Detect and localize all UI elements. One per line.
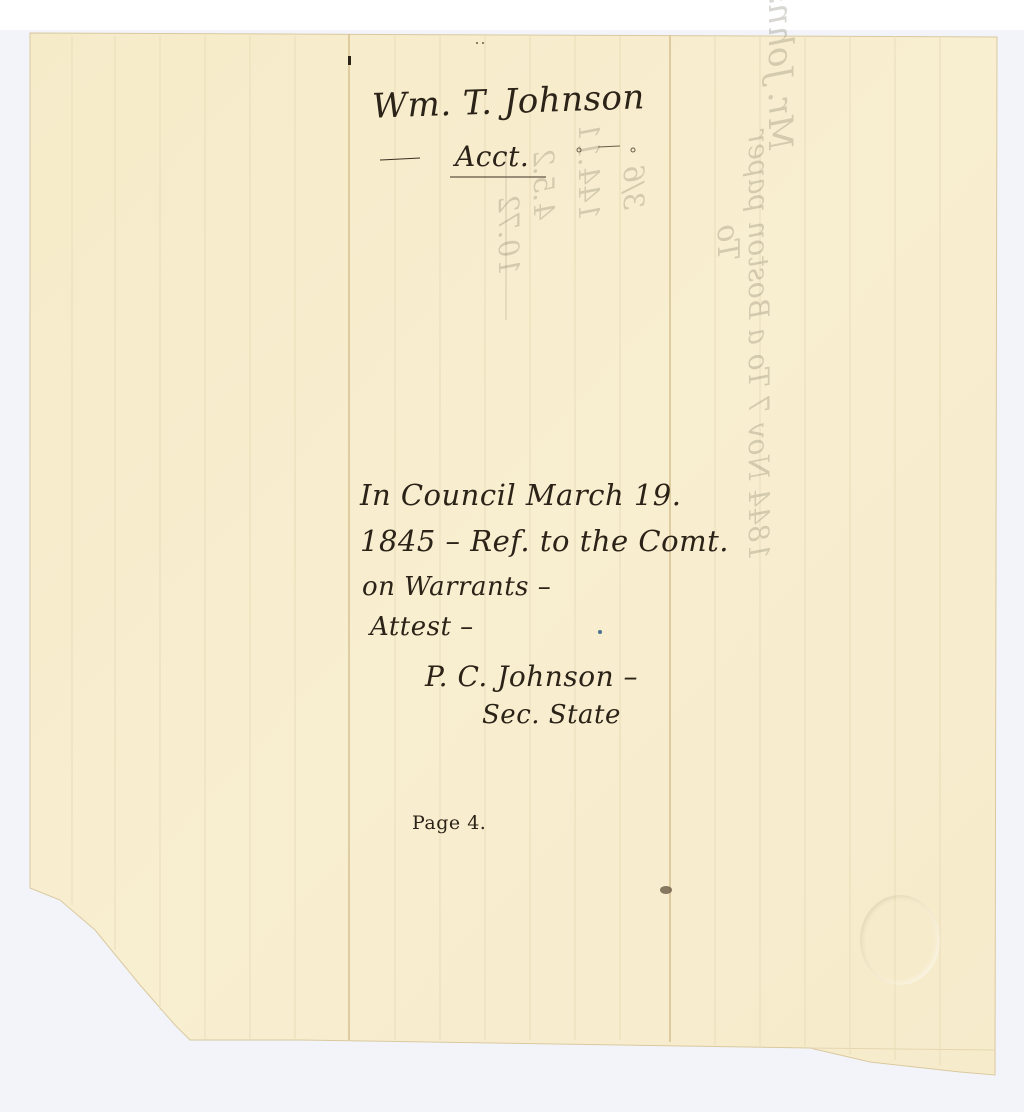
docket-label: Acct. bbox=[455, 140, 529, 173]
bleed-through-right-3: 1844 Nov 7 To a Boston paper bbox=[742, 130, 775, 560]
bleed-through-middle-1: 3/6 bbox=[617, 165, 650, 210]
endorsement-line-1: In Council March 19. bbox=[360, 478, 681, 512]
bleed-through-right-1: Mr. Johnson Dr. bbox=[760, 0, 800, 150]
bleed-through-middle-2: 144.11 bbox=[572, 122, 605, 220]
bleed-through-middle-4: 10.72 bbox=[492, 195, 525, 275]
page-label: Page 4. bbox=[412, 812, 486, 834]
endorsement-line-2: 1845 – Ref. to the Comt. bbox=[360, 524, 729, 558]
bleed-through-right-2: To bbox=[710, 224, 745, 260]
signature-title: Sec. State bbox=[482, 700, 621, 730]
endorsement-line-4: Attest – bbox=[370, 612, 474, 642]
embossed-seal bbox=[860, 895, 940, 985]
signature: P. C. Johnson – bbox=[425, 660, 638, 693]
bleed-through-middle-3: 4.5.2 bbox=[527, 149, 560, 220]
endorsement-line-3: on Warrants – bbox=[362, 572, 551, 602]
